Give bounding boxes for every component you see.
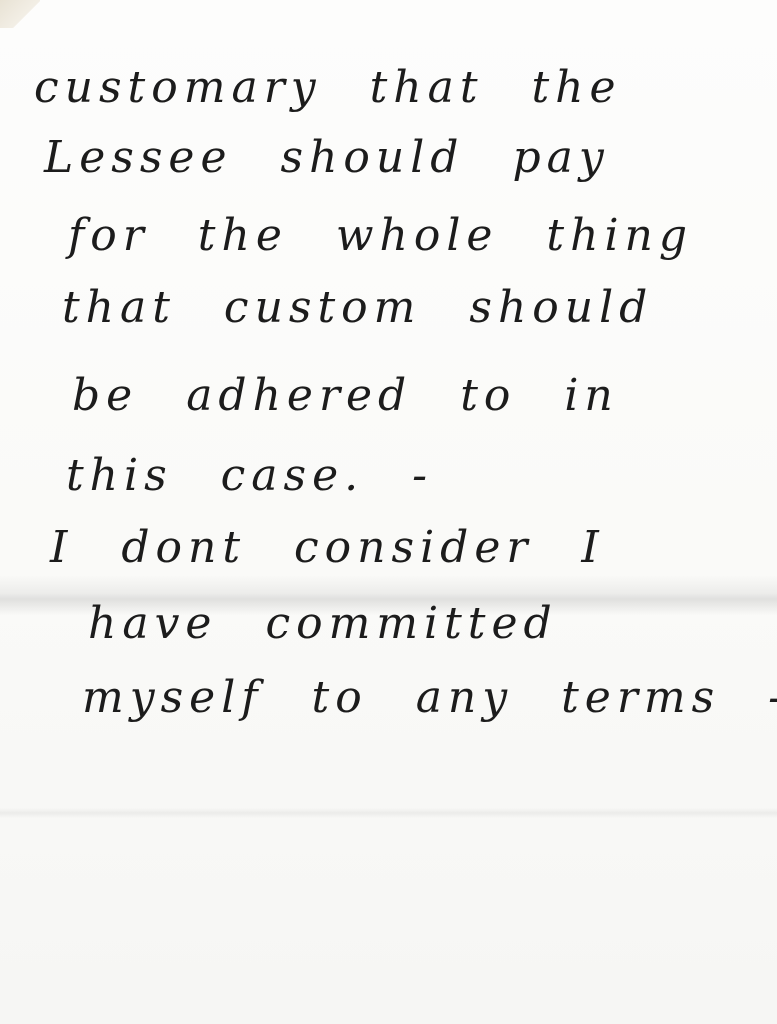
handwritten-line: customary that the	[34, 62, 622, 113]
paper-fold-crease-lower	[0, 808, 777, 818]
handwritten-line: Lessee should pay	[44, 132, 610, 183]
handwritten-line: myself to any terms -	[82, 672, 777, 723]
handwritten-line: for the whole thing	[68, 210, 693, 261]
folded-corner	[0, 0, 40, 28]
handwritten-line: that custom should	[62, 282, 653, 333]
handwritten-line: I dont consider I	[50, 522, 605, 573]
handwritten-line: have committed	[88, 598, 558, 649]
letter-page: customary that the Lessee should pay for…	[0, 0, 777, 1024]
handwritten-line: this case. -	[66, 450, 433, 501]
handwritten-line: be adhered to in	[72, 370, 619, 421]
